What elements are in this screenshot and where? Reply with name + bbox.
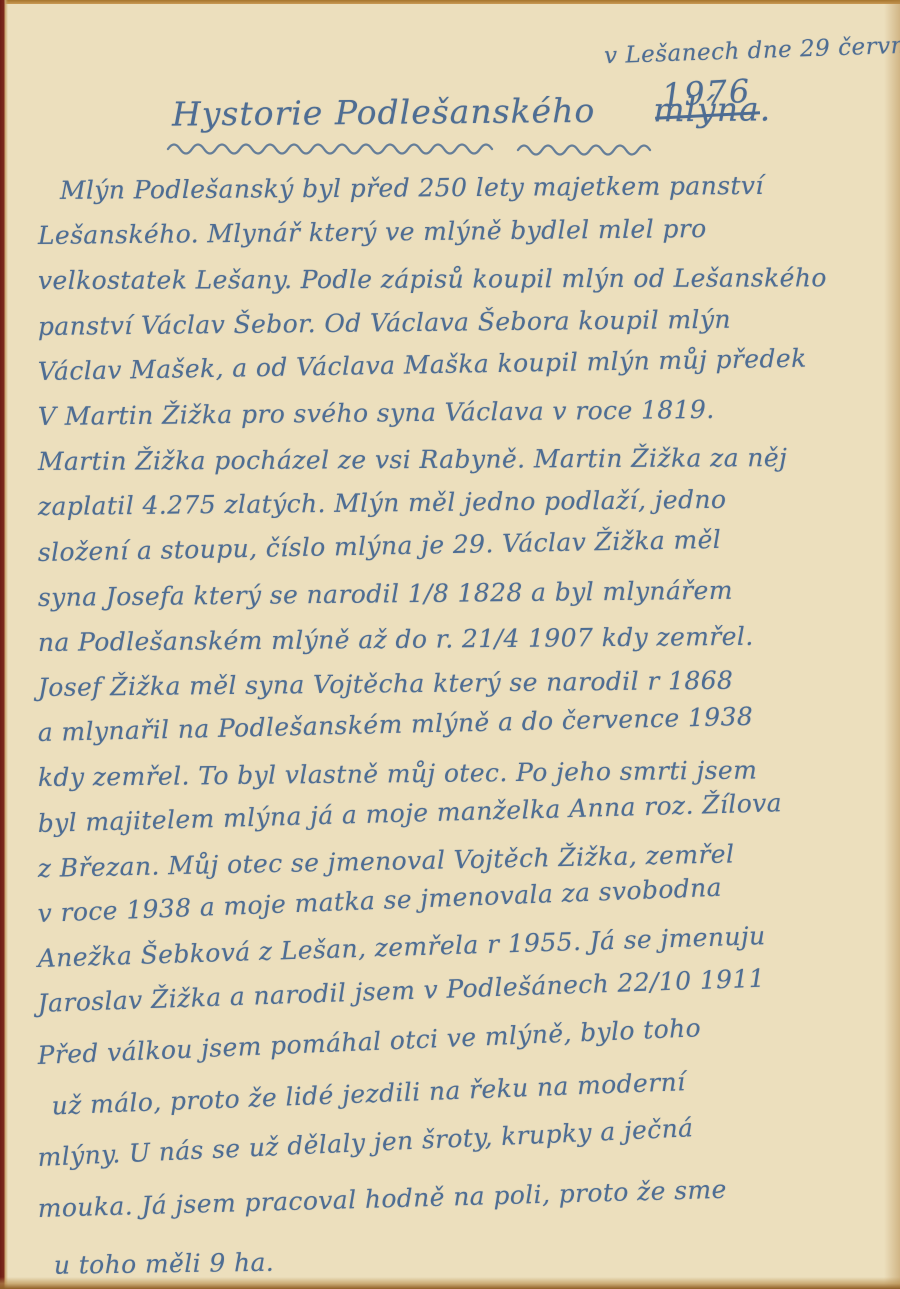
title-part2: mlýna. [653, 89, 771, 129]
dateline: v Lešanech dne 29 červn [604, 33, 900, 70]
page-edge-top [0, 0, 900, 4]
manuscript-line: u toho měli 9 ha. [38, 1239, 891, 1289]
manuscript-body: Mlýn Podlešanský byl před 250 lety majet… [38, 176, 890, 1289]
page-edge-left [0, 0, 8, 1289]
manuscript-line: syna Josefa který se narodil 1/8 1828 a … [38, 574, 890, 628]
manuscript-page: v Lešanech dne 29 červn 1976 Hystorie Po… [0, 0, 900, 1289]
title-underline-scribble-icon [166, 138, 658, 156]
manuscript-line: V Martin Žižka pro svého syna Václava v … [38, 393, 890, 447]
manuscript-line: Lešanského. Mlynář který ve mlýně bydlel… [38, 212, 890, 266]
title-part1: Hystorie Podlešanského [172, 91, 596, 134]
page-title: Hystorie Podlešanskéhomlýna. [172, 89, 771, 133]
